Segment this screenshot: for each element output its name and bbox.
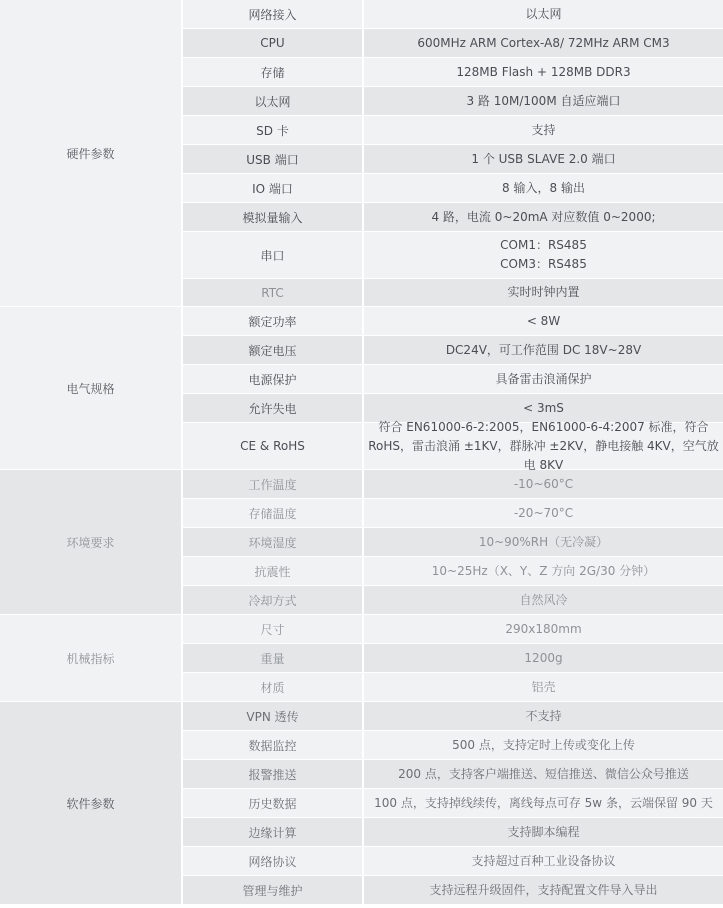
table-row: 历史数据 100 点，支持掉线续传，离线每点可存 5w 条，云端保留 90 天 bbox=[183, 789, 723, 818]
spec-value: 500 点，支持定时上传或变化上传 bbox=[364, 731, 723, 759]
table-row: 串口 COM1：RS485 COM3：RS485 bbox=[183, 232, 723, 279]
spec-value: 自然风冷 bbox=[364, 586, 723, 614]
group-label-environment: 环境要求 bbox=[0, 470, 181, 615]
spec-value: 600MHz ARM Cortex-A8/ 72MHz ARM CM3 bbox=[364, 29, 723, 57]
spec-value: 3 路 10M/100M 自适应端口 bbox=[364, 87, 723, 115]
spec-value: < 8W bbox=[364, 307, 723, 335]
group-label-hardware: 硬件参数 bbox=[0, 0, 181, 307]
spec-name: 额定电压 bbox=[183, 336, 362, 364]
table-row: 数据监控 500 点，支持定时上传或变化上传 bbox=[183, 731, 723, 760]
table-row: 管理与维护 支持远程升级固件，支持配置文件导入导出 bbox=[183, 876, 723, 905]
spec-value: 290x180mm bbox=[364, 615, 723, 643]
spec-name: 工作温度 bbox=[183, 470, 362, 498]
spec-value: 支持远程升级固件，支持配置文件导入导出 bbox=[364, 876, 723, 904]
spec-table: 硬件参数 网络接入 以太网 CPU 600MHz ARM Cortex-A8/ … bbox=[0, 0, 723, 908]
table-row: CE & RoHS 符合 EN61000-6-2:2005，EN61000-6-… bbox=[183, 423, 723, 470]
spec-value: DC24V，可工作范围 DC 18V~28V bbox=[364, 336, 723, 364]
spec-name: USB 端口 bbox=[183, 145, 362, 173]
spec-name: 存储 bbox=[183, 58, 362, 86]
spec-name: 环境湿度 bbox=[183, 528, 362, 556]
spec-name: 边缘计算 bbox=[183, 818, 362, 846]
group-mechanical: 机械指标 尺寸 290x180mm 重量 1200g 材质 铝壳 bbox=[0, 615, 723, 702]
spec-name: 额定功率 bbox=[183, 307, 362, 335]
spec-value: 8 输入，8 输出 bbox=[364, 174, 723, 202]
table-row: 冷却方式 自然风冷 bbox=[183, 586, 723, 615]
spec-value: 支持超过百种工业设备协议 bbox=[364, 847, 723, 875]
spec-value: 实时时钟内置 bbox=[364, 279, 723, 306]
group-hardware: 硬件参数 网络接入 以太网 CPU 600MHz ARM Cortex-A8/ … bbox=[0, 0, 723, 307]
group-label-software: 软件参数 bbox=[0, 702, 181, 905]
table-row: 尺寸 290x180mm bbox=[183, 615, 723, 644]
spec-value: 10~25Hz（X、Y、Z 方向 2G/30 分钟） bbox=[364, 557, 723, 585]
group-electrical: 电气规格 额定功率 < 8W 额定电压 DC24V，可工作范围 DC 18V~2… bbox=[0, 307, 723, 470]
table-row: 以太网 3 路 10M/100M 自适应端口 bbox=[183, 87, 723, 116]
table-row: SD 卡 支持 bbox=[183, 116, 723, 145]
spec-name: 数据监控 bbox=[183, 731, 362, 759]
rows-software: VPN 透传 不支持 数据监控 500 点，支持定时上传或变化上传 报警推送 2… bbox=[183, 702, 723, 905]
spec-value: -20~70°C bbox=[364, 499, 723, 527]
spec-name: VPN 透传 bbox=[183, 702, 362, 730]
table-row: 存储温度 -20~70°C bbox=[183, 499, 723, 528]
rows-environment: 工作温度 -10~60°C 存储温度 -20~70°C 环境湿度 10~90%R… bbox=[183, 470, 723, 615]
table-row: 电源保护 具备雷击浪涌保护 bbox=[183, 365, 723, 394]
spec-name: 网络接入 bbox=[183, 0, 362, 28]
table-row: 材质 铝壳 bbox=[183, 673, 723, 702]
spec-value: 以太网 bbox=[364, 0, 723, 28]
table-row: 网络接入 以太网 bbox=[183, 0, 723, 29]
spec-name: 允许失电 bbox=[183, 394, 362, 422]
spec-name: 重量 bbox=[183, 644, 362, 672]
rows-mechanical: 尺寸 290x180mm 重量 1200g 材质 铝壳 bbox=[183, 615, 723, 702]
table-row: USB 端口 1 个 USB SLAVE 2.0 端口 bbox=[183, 145, 723, 174]
table-row: 工作温度 -10~60°C bbox=[183, 470, 723, 499]
spec-name: 抗震性 bbox=[183, 557, 362, 585]
group-label-electrical: 电气规格 bbox=[0, 307, 181, 470]
spec-name: 网络协议 bbox=[183, 847, 362, 875]
spec-name: CE & RoHS bbox=[183, 423, 362, 469]
spec-value: 不支持 bbox=[364, 702, 723, 730]
spec-value: -10~60°C bbox=[364, 470, 723, 498]
spec-value: 10~90%RH（无冷凝） bbox=[364, 528, 723, 556]
spec-value: COM1：RS485 COM3：RS485 bbox=[364, 232, 723, 278]
table-row: 环境湿度 10~90%RH（无冷凝） bbox=[183, 528, 723, 557]
table-row: 报警推送 200 点，支持客户端推送、短信推送、微信公众号推送 bbox=[183, 760, 723, 789]
spec-name: 材质 bbox=[183, 673, 362, 701]
spec-value: 铝壳 bbox=[364, 673, 723, 701]
spec-name: RTC bbox=[183, 279, 362, 306]
spec-value: 支持脚本编程 bbox=[364, 818, 723, 846]
group-label-mechanical: 机械指标 bbox=[0, 615, 181, 702]
spec-name: SD 卡 bbox=[183, 116, 362, 144]
spec-value: 200 点，支持客户端推送、短信推送、微信公众号推送 bbox=[364, 760, 723, 788]
table-row: IO 端口 8 输入，8 输出 bbox=[183, 174, 723, 203]
spec-name: 串口 bbox=[183, 232, 362, 278]
spec-name: 存储温度 bbox=[183, 499, 362, 527]
spec-name: 电源保护 bbox=[183, 365, 362, 393]
spec-name: 尺寸 bbox=[183, 615, 362, 643]
spec-name: 管理与维护 bbox=[183, 876, 362, 904]
spec-value: 1200g bbox=[364, 644, 723, 672]
table-row: 额定功率 < 8W bbox=[183, 307, 723, 336]
group-software: 软件参数 VPN 透传 不支持 数据监控 500 点，支持定时上传或变化上传 报… bbox=[0, 702, 723, 905]
spec-value: 符合 EN61000-6-2:2005，EN61000-6-4:2007 标准，… bbox=[364, 423, 723, 469]
table-row: 抗震性 10~25Hz（X、Y、Z 方向 2G/30 分钟） bbox=[183, 557, 723, 586]
table-row: 存储 128MB Flash + 128MB DDR3 bbox=[183, 58, 723, 87]
table-row: VPN 透传 不支持 bbox=[183, 702, 723, 731]
rows-hardware: 网络接入 以太网 CPU 600MHz ARM Cortex-A8/ 72MHz… bbox=[183, 0, 723, 307]
spec-name: 冷却方式 bbox=[183, 586, 362, 614]
spec-value: 1 个 USB SLAVE 2.0 端口 bbox=[364, 145, 723, 173]
table-row: 网络协议 支持超过百种工业设备协议 bbox=[183, 847, 723, 876]
rows-electrical: 额定功率 < 8W 额定电压 DC24V，可工作范围 DC 18V~28V 电源… bbox=[183, 307, 723, 470]
table-row: RTC 实时时钟内置 bbox=[183, 279, 723, 307]
spec-name: CPU bbox=[183, 29, 362, 57]
spec-name: 模拟量输入 bbox=[183, 203, 362, 231]
spec-name: 以太网 bbox=[183, 87, 362, 115]
table-row: 额定电压 DC24V，可工作范围 DC 18V~28V bbox=[183, 336, 723, 365]
spec-name: IO 端口 bbox=[183, 174, 362, 202]
spec-value: 4 路，电流 0~20mA 对应数值 0~2000; bbox=[364, 203, 723, 231]
table-row: 模拟量输入 4 路，电流 0~20mA 对应数值 0~2000; bbox=[183, 203, 723, 232]
spec-value: 具备雷击浪涌保护 bbox=[364, 365, 723, 393]
spec-value: 支持 bbox=[364, 116, 723, 144]
spec-name: 报警推送 bbox=[183, 760, 362, 788]
table-row: 边缘计算 支持脚本编程 bbox=[183, 818, 723, 847]
spec-value: 100 点，支持掉线续传，离线每点可存 5w 条，云端保留 90 天 bbox=[364, 789, 723, 817]
table-row: 重量 1200g bbox=[183, 644, 723, 673]
spec-name: 历史数据 bbox=[183, 789, 362, 817]
table-row: CPU 600MHz ARM Cortex-A8/ 72MHz ARM CM3 bbox=[183, 29, 723, 58]
spec-value: 128MB Flash + 128MB DDR3 bbox=[364, 58, 723, 86]
group-environment: 环境要求 工作温度 -10~60°C 存储温度 -20~70°C 环境湿度 10… bbox=[0, 470, 723, 615]
